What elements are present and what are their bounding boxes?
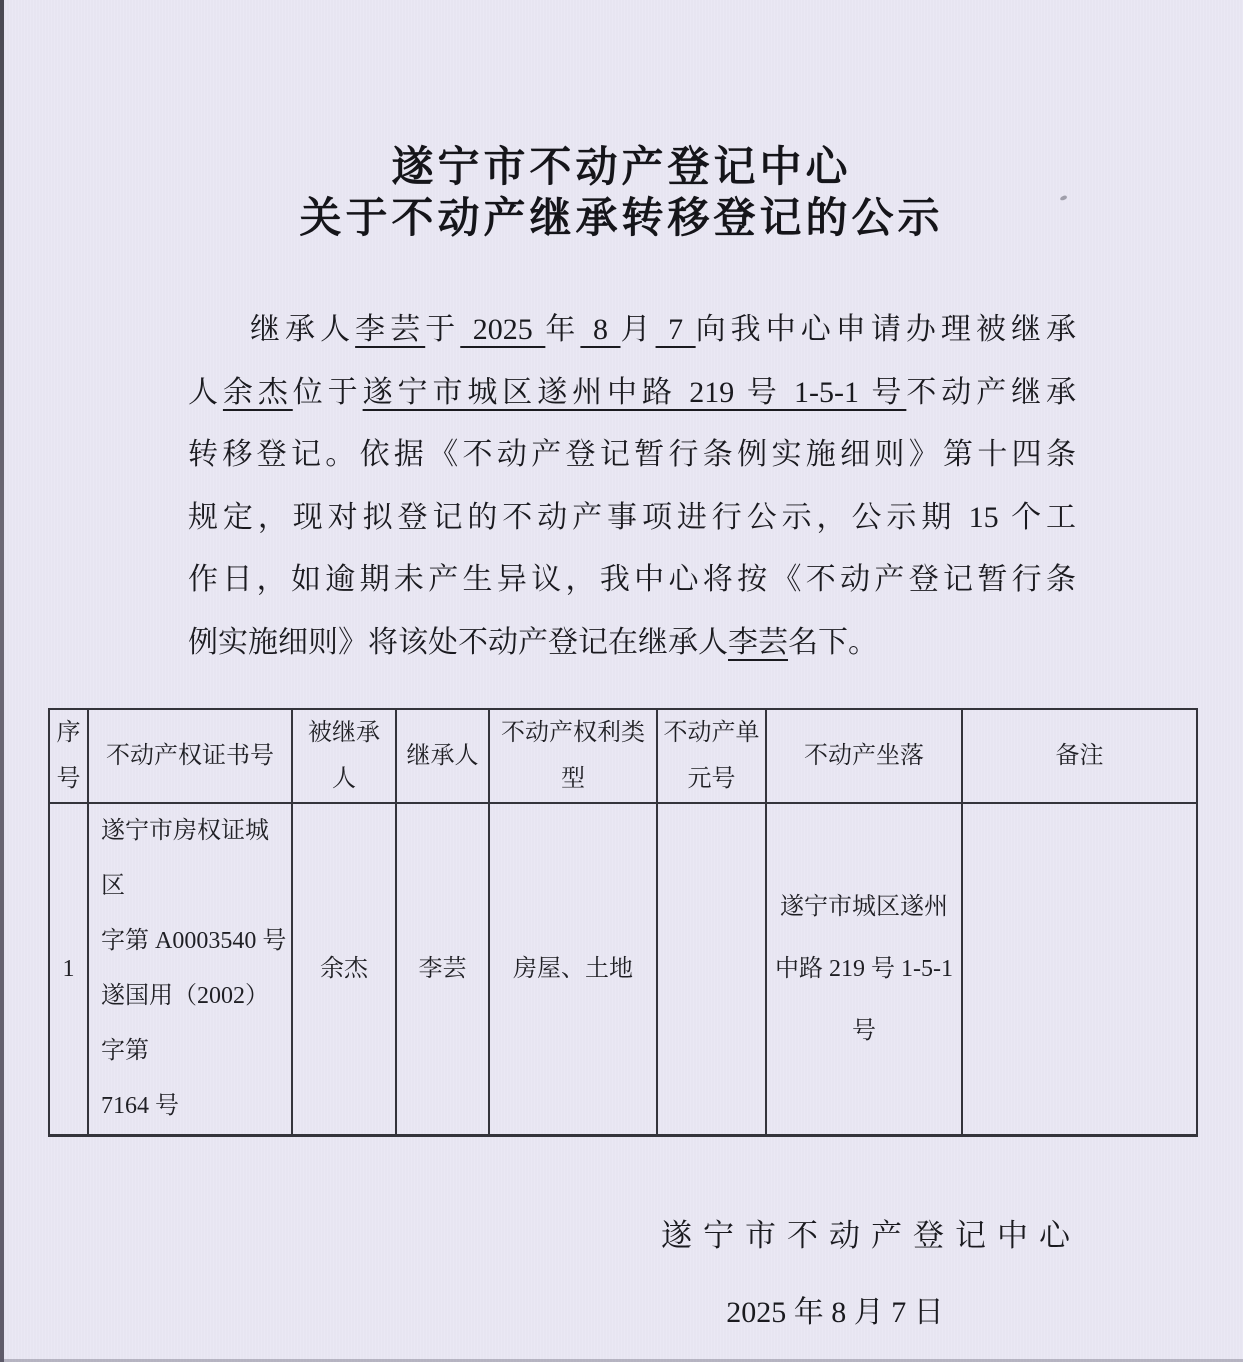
document-page: 遂宁市不动产登记中心 关于不动产继承转移登记的公示 继承人李芸于 2025 年 … <box>0 0 1243 1362</box>
table-row: 1 遂宁市房权证城区字第 A0003540 号遂国用（2002）字第7164 号… <box>49 803 1197 1136</box>
text-run: 年 <box>545 313 580 346</box>
paragraph-line-6: 例实施细则》将该处不动产登记在继承人李芸名下。 <box>188 612 1076 675</box>
text-run: 月 <box>621 313 656 346</box>
signature-date: 2025 年 8 月 7 日 <box>600 1287 1070 1331</box>
cell-line: 7164 号 <box>101 1079 287 1134</box>
table-header-row: 序号 不动产权证书号 被继承人 继承人 不动产权利类型 不动产单元号 不动产坐落… <box>49 709 1197 803</box>
notice-title: 遂宁市不动产登记中心 关于不动产继承转移登记的公示 <box>0 141 1243 243</box>
header-heir: 继承人 <box>396 709 489 803</box>
underlined-text: 李芸 <box>355 313 425 346</box>
text-run: 继承人 <box>250 313 355 346</box>
title-line-2: 关于不动产继承转移登记的公示 <box>0 192 1243 243</box>
text-run: 人 <box>188 376 223 409</box>
cell-location: 遂宁市城区遂州中路 219 号 1-5-1号 <box>766 803 962 1136</box>
underlined-text: 遂宁市城区遂州中路 219 号 1-5-1 号 <box>363 376 907 409</box>
text-run: 位于 <box>293 376 363 409</box>
cell-line: 字第 A0003540 号 <box>101 914 287 969</box>
cell-unit-number <box>657 803 766 1136</box>
header-certificate-number: 不动产权证书号 <box>88 709 292 803</box>
paragraph-line-1: 继承人李芸于 2025 年 8 月 7 向我中心申请办理被继承 <box>188 299 1076 362</box>
registration-table: 序号 不动产权证书号 被继承人 继承人 不动产权利类型 不动产单元号 不动产坐落… <box>48 708 1198 1137</box>
text-run: 向我中心申请办理被继承 <box>696 313 1076 346</box>
text-run: 名下。 <box>788 626 878 659</box>
underlined-text: 8 <box>580 313 620 346</box>
cell-line: 遂宁市城区遂州 <box>771 876 957 938</box>
text-run: 转移登记。依据《不动产登记暂行条例实施细则》第十四条 <box>188 438 1076 471</box>
text-run: 例实施细则》将该处不动产登记在继承人 <box>188 626 728 659</box>
cell-line: 中路 219 号 1-5-1 <box>771 938 957 1000</box>
cell-certificate-number: 遂宁市房权证城区字第 A0003540 号遂国用（2002）字第7164 号 <box>88 803 292 1136</box>
cell-serial-number: 1 <box>49 803 88 1136</box>
cell-heir: 李芸 <box>396 803 489 1136</box>
header-decedent: 被继承人 <box>292 709 396 803</box>
header-remark: 备注 <box>962 709 1197 803</box>
title-line-1: 遂宁市不动产登记中心 <box>0 141 1243 192</box>
cell-line: 遂国用（2002）字第 <box>101 969 287 1079</box>
cell-line: 遂宁市房权证城区 <box>101 804 287 914</box>
paragraph-line-4: 规定，现对拟登记的不动产事项进行公示，公示期 15 个工 <box>188 487 1076 550</box>
header-serial-number: 序号 <box>49 709 88 803</box>
text-run: 作日，如逾期未产生异议，我中心将按《不动产登记暂行条 <box>188 563 1076 596</box>
cell-remark <box>962 803 1197 1136</box>
signature-organization: 遂宁市不动产登记中心 <box>648 1210 1094 1255</box>
text-run: 不动产继承 <box>906 376 1076 409</box>
paragraph-line-3: 转移登记。依据《不动产登记暂行条例实施细则》第十四条 <box>188 424 1076 487</box>
underlined-text: 2025 <box>460 313 545 346</box>
paragraph-line-2: 人余杰位于遂宁市城区遂州中路 219 号 1-5-1 号不动产继承 <box>188 362 1076 425</box>
header-unit-number: 不动产单元号 <box>657 709 766 803</box>
header-right-type: 不动产权利类型 <box>489 709 657 803</box>
underlined-text: 余杰 <box>223 376 293 409</box>
header-location: 不动产坐落 <box>766 709 962 803</box>
underlined-text: 7 <box>656 313 696 346</box>
cell-line: 号 <box>771 1000 957 1062</box>
text-run: 规定，现对拟登记的不动产事项进行公示，公示期 15 个工 <box>188 501 1076 534</box>
underlined-text: 李芸 <box>728 626 788 659</box>
notice-paragraph: 继承人李芸于 2025 年 8 月 7 向我中心申请办理被继承 人余杰位于遂宁市… <box>188 299 1076 674</box>
text-run: 于 <box>425 313 460 346</box>
paragraph-line-5: 作日，如逾期未产生异议，我中心将按《不动产登记暂行条 <box>188 549 1076 612</box>
cell-right-type: 房屋、土地 <box>489 803 657 1136</box>
cell-decedent: 余杰 <box>292 803 396 1136</box>
